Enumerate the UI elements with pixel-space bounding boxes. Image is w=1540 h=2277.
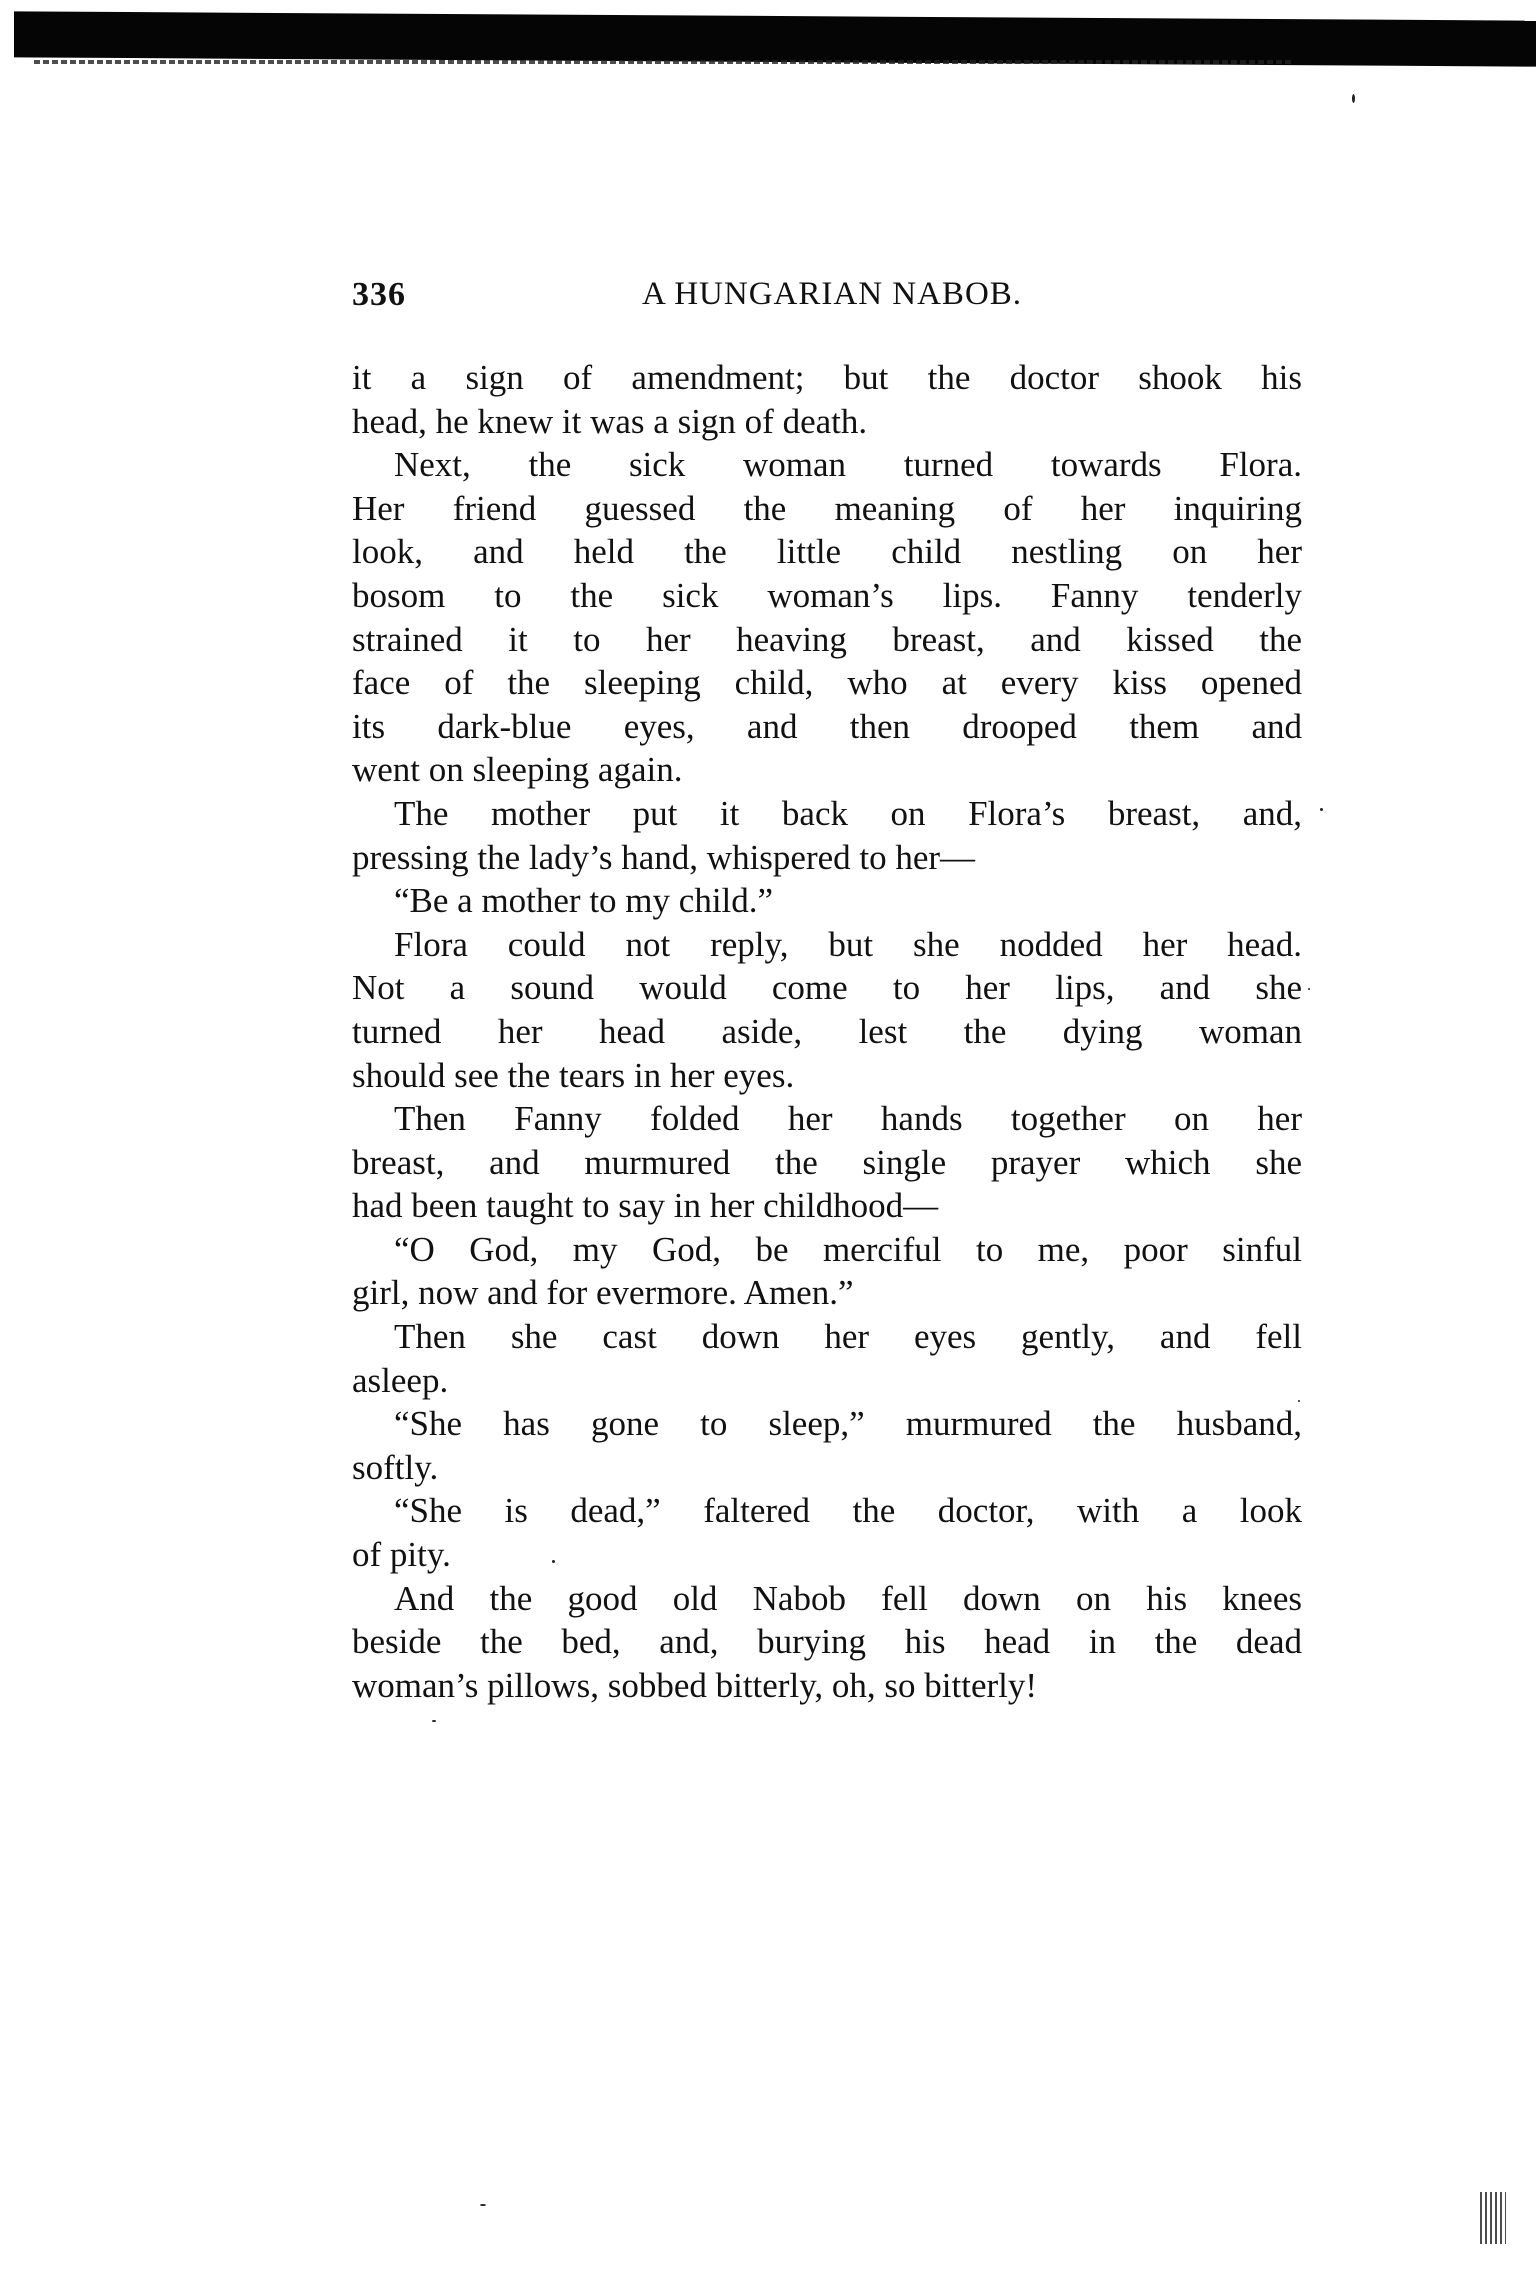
paragraph-first-line: Then she cast down her eyes gently, and … bbox=[352, 1315, 1302, 1359]
text-line: Not a sound would come to her lips, and … bbox=[352, 966, 1302, 1010]
text-line: softly. bbox=[352, 1446, 1302, 1490]
text-line: of pity. bbox=[352, 1533, 1302, 1577]
paragraph-first-line: “She is dead,” faltered the doctor, with… bbox=[352, 1489, 1302, 1533]
paragraph-first-line: The mother put it back on Flora’s breast… bbox=[352, 792, 1302, 836]
text-line: Her friend guessed the meaning of her in… bbox=[352, 487, 1302, 531]
paragraph-first-line: “She has gone to sleep,” murmured the hu… bbox=[352, 1402, 1302, 1446]
text-line: pressing the lady’s hand, whispered to h… bbox=[352, 836, 1302, 880]
paragraph-first-line: Flora could not reply, but she nodded he… bbox=[352, 923, 1302, 967]
scan-speck bbox=[1320, 808, 1323, 811]
page-header: 336 A HUNGARIAN NABOB. bbox=[352, 276, 1302, 326]
text-line: breast, and murmured the single prayer w… bbox=[352, 1141, 1302, 1185]
text-line: should see the tears in her eyes. bbox=[352, 1054, 1302, 1098]
scan-smudge bbox=[1480, 2192, 1506, 2244]
scan-edge-noise bbox=[34, 60, 1294, 64]
paragraph-first-line: Next, the sick woman turned towards Flor… bbox=[352, 443, 1302, 487]
text-line: strained it to her heaving breast, and k… bbox=[352, 618, 1302, 662]
scan-speck bbox=[1352, 94, 1355, 103]
scan-speck bbox=[1308, 988, 1310, 990]
paragraph-first-line: “Be a mother to my child.” bbox=[352, 879, 1302, 923]
scan-edge-bar bbox=[14, 11, 1536, 66]
text-line: bosom to the sick woman’s lips. Fanny te… bbox=[352, 574, 1302, 618]
text-line: face of the sleeping child, who at every… bbox=[352, 661, 1302, 705]
paragraph-first-line: Then Fanny folded her hands together on … bbox=[352, 1097, 1302, 1141]
text-line: beside the bed, and, burying his head in… bbox=[352, 1620, 1302, 1664]
paragraph-first-line: “O God, my God, be merciful to me, poor … bbox=[352, 1228, 1302, 1272]
scan-speck bbox=[432, 1720, 436, 1722]
scan-speck bbox=[480, 2204, 486, 2206]
text-line: head, he knew it was a sign of death. bbox=[352, 400, 1302, 444]
text-line: asleep. bbox=[352, 1359, 1302, 1403]
paragraph-first-line: And the good old Nabob fell down on his … bbox=[352, 1577, 1302, 1621]
scan-speck bbox=[1298, 1400, 1300, 1402]
text-line: woman’s pillows, sobbed bitterly, oh, so… bbox=[352, 1664, 1302, 1708]
text-line: went on sleeping again. bbox=[352, 748, 1302, 792]
text-line: look, and held the little child nestling… bbox=[352, 530, 1302, 574]
text-line: turned her head aside, lest the dying wo… bbox=[352, 1010, 1302, 1054]
text-line: its dark-blue eyes, and then drooped the… bbox=[352, 705, 1302, 749]
text-line: had been taught to say in her childhood— bbox=[352, 1184, 1302, 1228]
scan-speck bbox=[552, 1560, 555, 1563]
text-line: girl, now and for evermore. Amen.” bbox=[352, 1271, 1302, 1315]
page-body: it a sign of amendment; but the doctor s… bbox=[352, 356, 1302, 1707]
text-line: it a sign of amendment; but the doctor s… bbox=[352, 356, 1302, 400]
running-title: A HUNGARIAN NABOB. bbox=[352, 276, 1312, 313]
